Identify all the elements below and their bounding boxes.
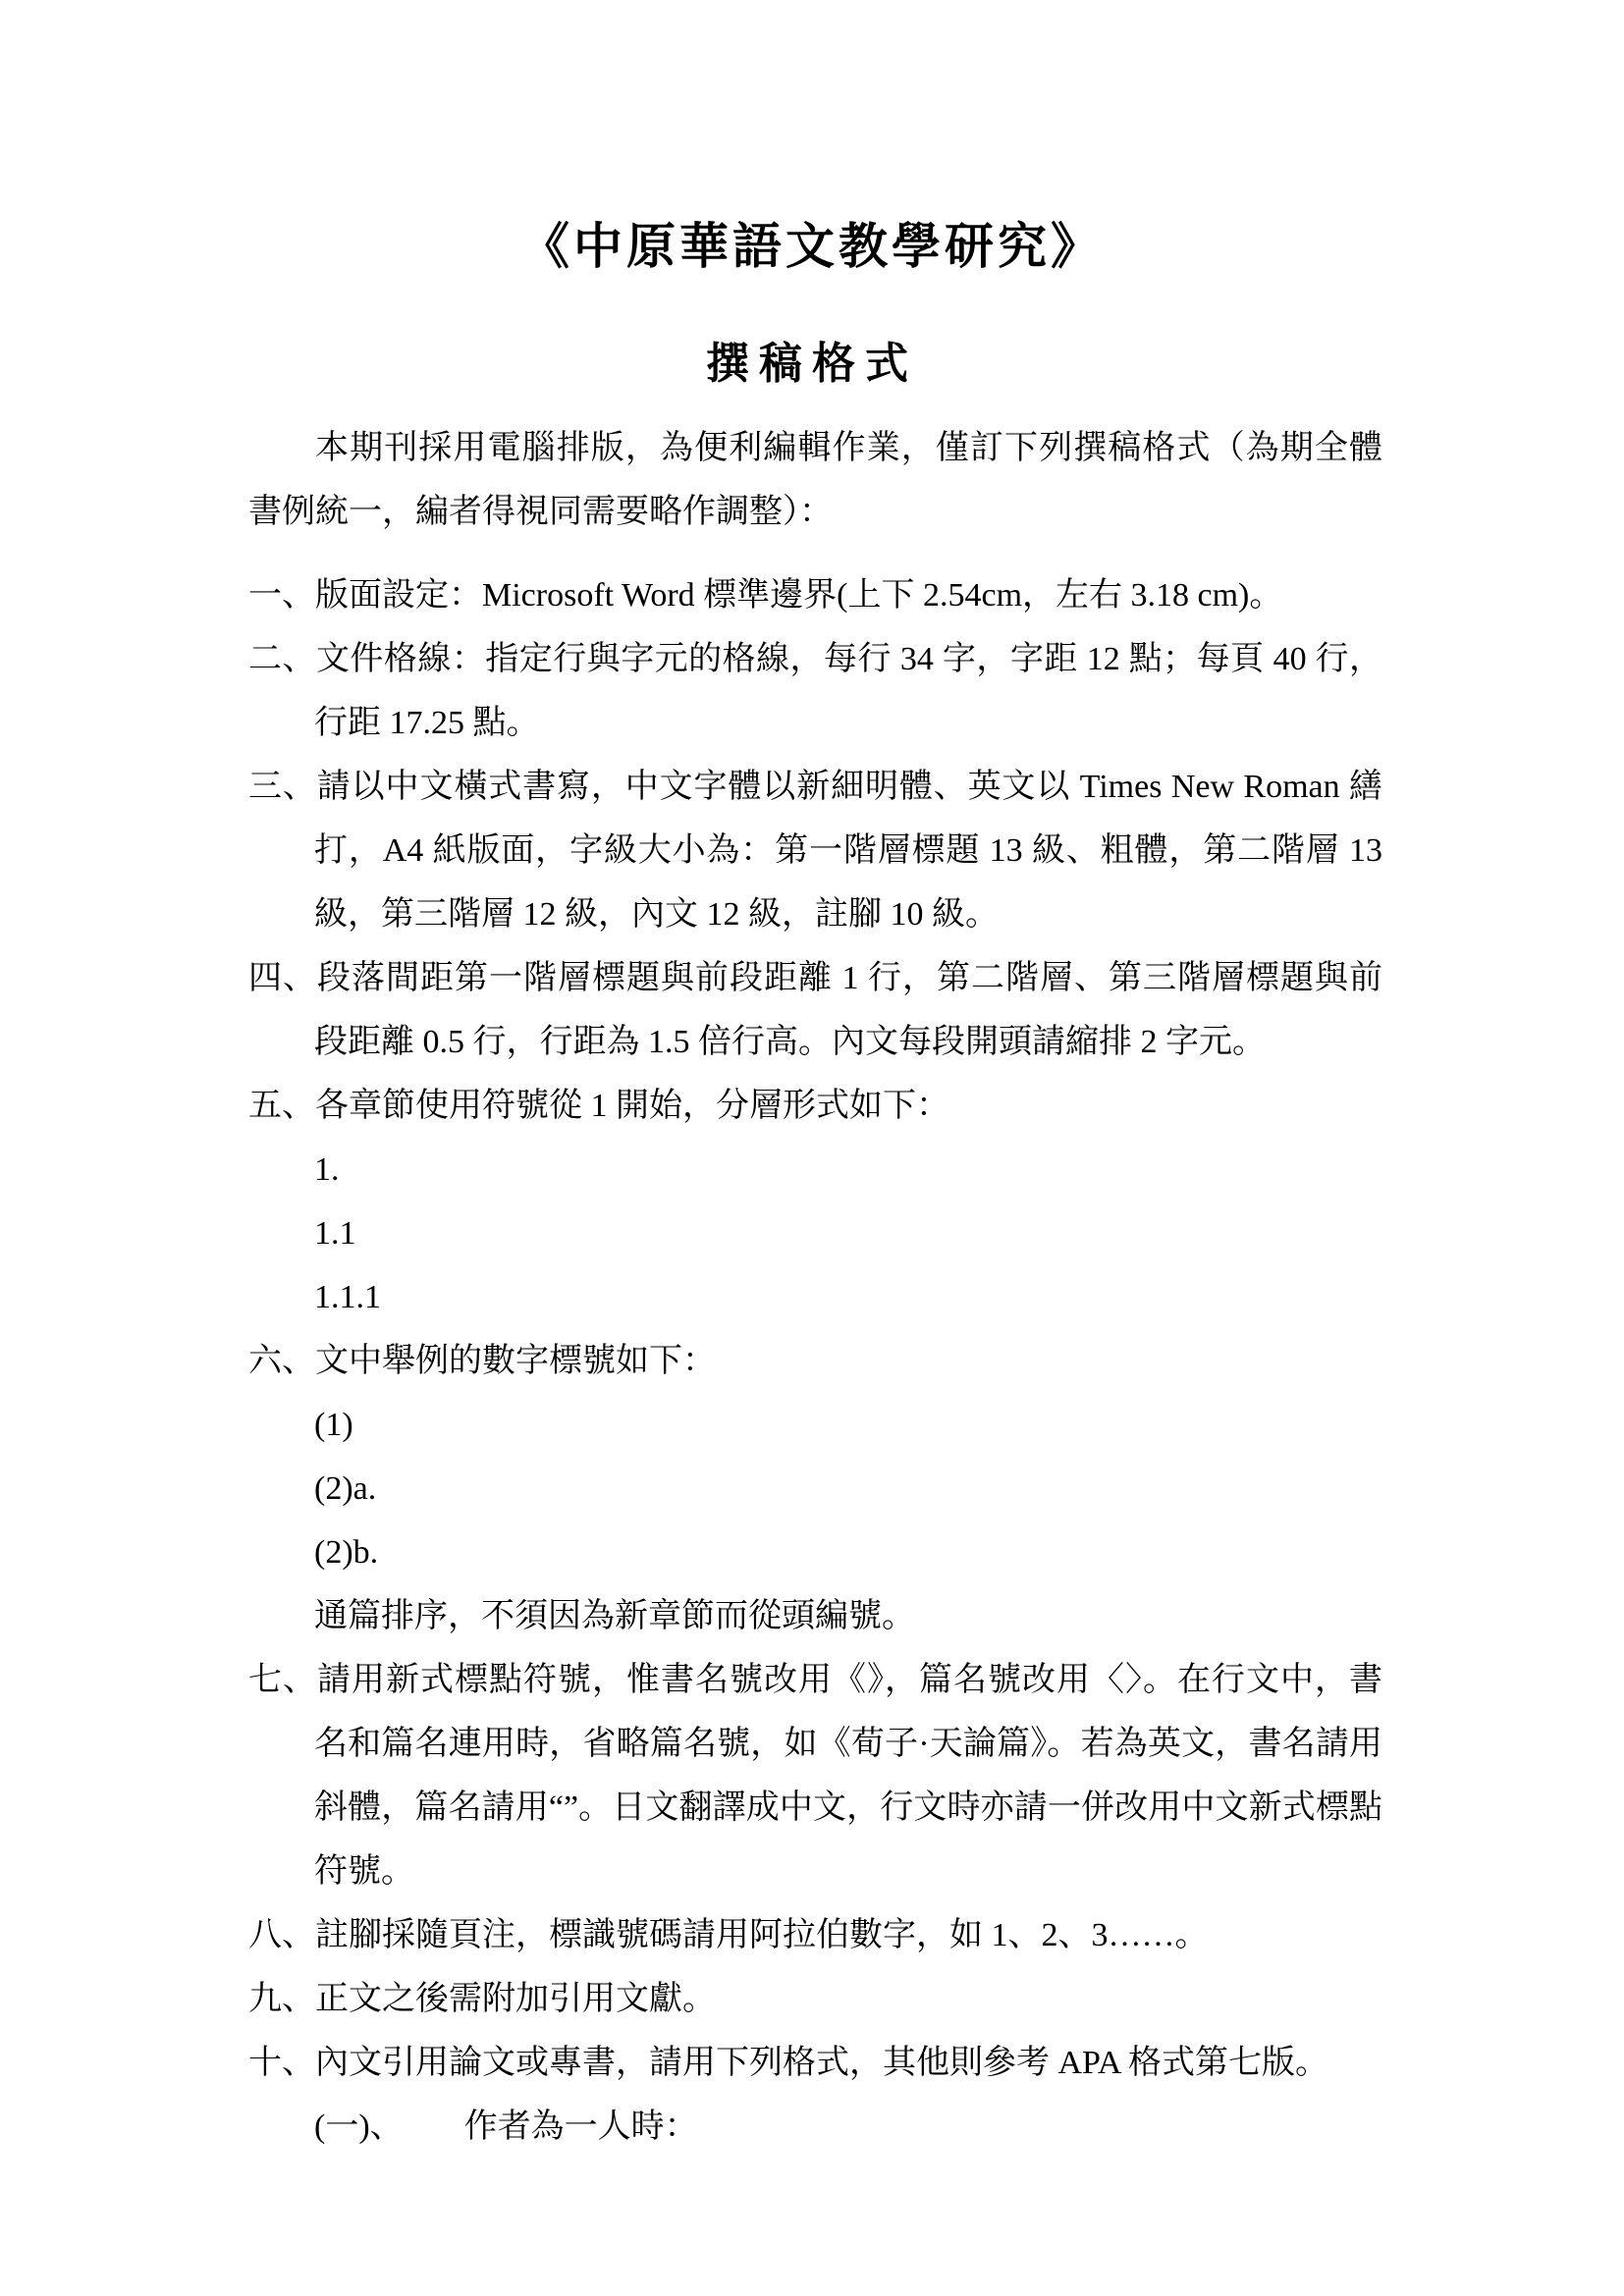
intro-paragraph: 本期刊採用電腦排版，為便利編輯作業，僅訂下列撰稿格式（為期全體書例統一，編者得視… xyxy=(248,416,1382,544)
document-body: 本期刊採用電腦排版，為便利編輯作業，僅訂下列撰稿格式（為期全體書例統一，編者得視… xyxy=(248,416,1382,2159)
citation-case-marker: (一)、 xyxy=(314,2109,404,2145)
rule-label: 九、 xyxy=(248,1981,315,2017)
rule-item-9: 九、正文之後需附加引用文獻。 xyxy=(248,1967,1382,2031)
rule-text: 註腳採隨頁注，標識號碼請用阿拉伯數字，如 1、2、3……。 xyxy=(315,1917,1209,1953)
format-rule-list: 一、版面設定：Microsoft Word 標準邊界(上下 2.54cm，左右 … xyxy=(248,563,1382,2159)
numbering-example-line: 1.1.1 xyxy=(314,1265,1382,1329)
numbering-example-line: (2)b. xyxy=(314,1521,1382,1584)
rule-item-10: 十、內文引用論文或專書，請用下列格式，其他則參考 APA 格式第七版。 (一)、… xyxy=(248,2031,1382,2159)
rule-text: 正文之後需附加引用文獻。 xyxy=(315,1981,716,2017)
rule-item-1: 一、版面設定：Microsoft Word 標準邊界(上下 2.54cm，左右 … xyxy=(248,563,1382,627)
numbering-example-note: 通篇排序，不須因為新章節而從頭編號。 xyxy=(314,1584,1382,1648)
rule-item-8: 八、註腳採隨頁注，標識號碼請用阿拉伯數字，如 1、2、3……。 xyxy=(248,1903,1382,1967)
rule-text: 文中舉例的數字標號如下： xyxy=(315,1343,716,1379)
page-title: 《中原華語文教學研究》 xyxy=(0,0,1624,277)
rule-label: 七、 xyxy=(248,1662,317,1698)
rule-label: 八、 xyxy=(248,1917,315,1953)
rule-label: 六、 xyxy=(248,1343,315,1379)
rule-text: 各章節使用符號從 1 開始，分層形式如下： xyxy=(315,1088,949,1124)
page-subtitle: 撰稿格式 xyxy=(0,338,1624,391)
document-page: 《中原華語文教學研究》 撰稿格式 本期刊採用電腦排版，為便利編輯作業，僅訂下列撰… xyxy=(0,0,1624,2296)
rule-label: 一、 xyxy=(248,577,315,614)
rule-text: 版面設定：Microsoft Word 標準邊界(上下 2.54cm，左右 3.… xyxy=(315,577,1282,614)
citation-case-line: (一)、作者為一人時： xyxy=(314,2095,1382,2159)
rule-text: 內文引用論文或專書，請用下列格式，其他則參考 APA 格式第七版。 xyxy=(315,2045,1328,2081)
citation-case-text: 作者為一人時： xyxy=(464,2109,698,2145)
rule-label: 五、 xyxy=(248,1088,315,1124)
rule-item-4: 四、段落間距第一階層標題與前段距離 1 行，第二階層、第三階層標題與前段距離 0… xyxy=(248,946,1382,1074)
numbering-example-line: 1. xyxy=(314,1138,1382,1201)
rule-label: 三、 xyxy=(248,769,317,805)
rule-label: 十、 xyxy=(248,2045,315,2081)
rule-text: 請以中文橫式書寫，中文字體以新細明體、英文以 Times New Roman 繕… xyxy=(314,769,1382,933)
rule-label: 四、 xyxy=(248,960,317,996)
rule-label: 二、 xyxy=(248,641,316,677)
numbering-example-line: (2)a. xyxy=(314,1457,1382,1521)
rule-item-3: 三、請以中文橫式書寫，中文字體以新細明體、英文以 Times New Roman… xyxy=(248,755,1382,946)
rule-item-7: 七、請用新式標點符號，惟書名號改用《》，篇名號改用〈〉。在行文中，書名和篇名連用… xyxy=(248,1648,1382,1903)
rule-text: 請用新式標點符號，惟書名號改用《》，篇名號改用〈〉。在行文中，書名和篇名連用時，… xyxy=(314,1662,1382,1890)
rule-item-6: 六、文中舉例的數字標號如下： (1) (2)a. (2)b. 通篇排序，不須因為… xyxy=(248,1329,1382,1648)
numbering-example-line: 1.1 xyxy=(314,1201,1382,1265)
rule-item-2: 二、文件格線：指定行與字元的格線，每行 34 字，字距 12 點；每頁 40 行… xyxy=(248,627,1382,755)
rule-item-5: 五、各章節使用符號從 1 開始，分層形式如下： 1. 1.1 1.1.1 xyxy=(248,1074,1382,1329)
rule-text: 文件格線：指定行與字元的格線，每行 34 字，字距 12 點；每頁 40 行，行… xyxy=(314,641,1382,741)
numbering-example-line: (1) xyxy=(314,1393,1382,1457)
rule-text: 段落間距第一階層標題與前段距離 1 行，第二階層、第三階層標題與前段距離 0.5… xyxy=(314,960,1382,1060)
